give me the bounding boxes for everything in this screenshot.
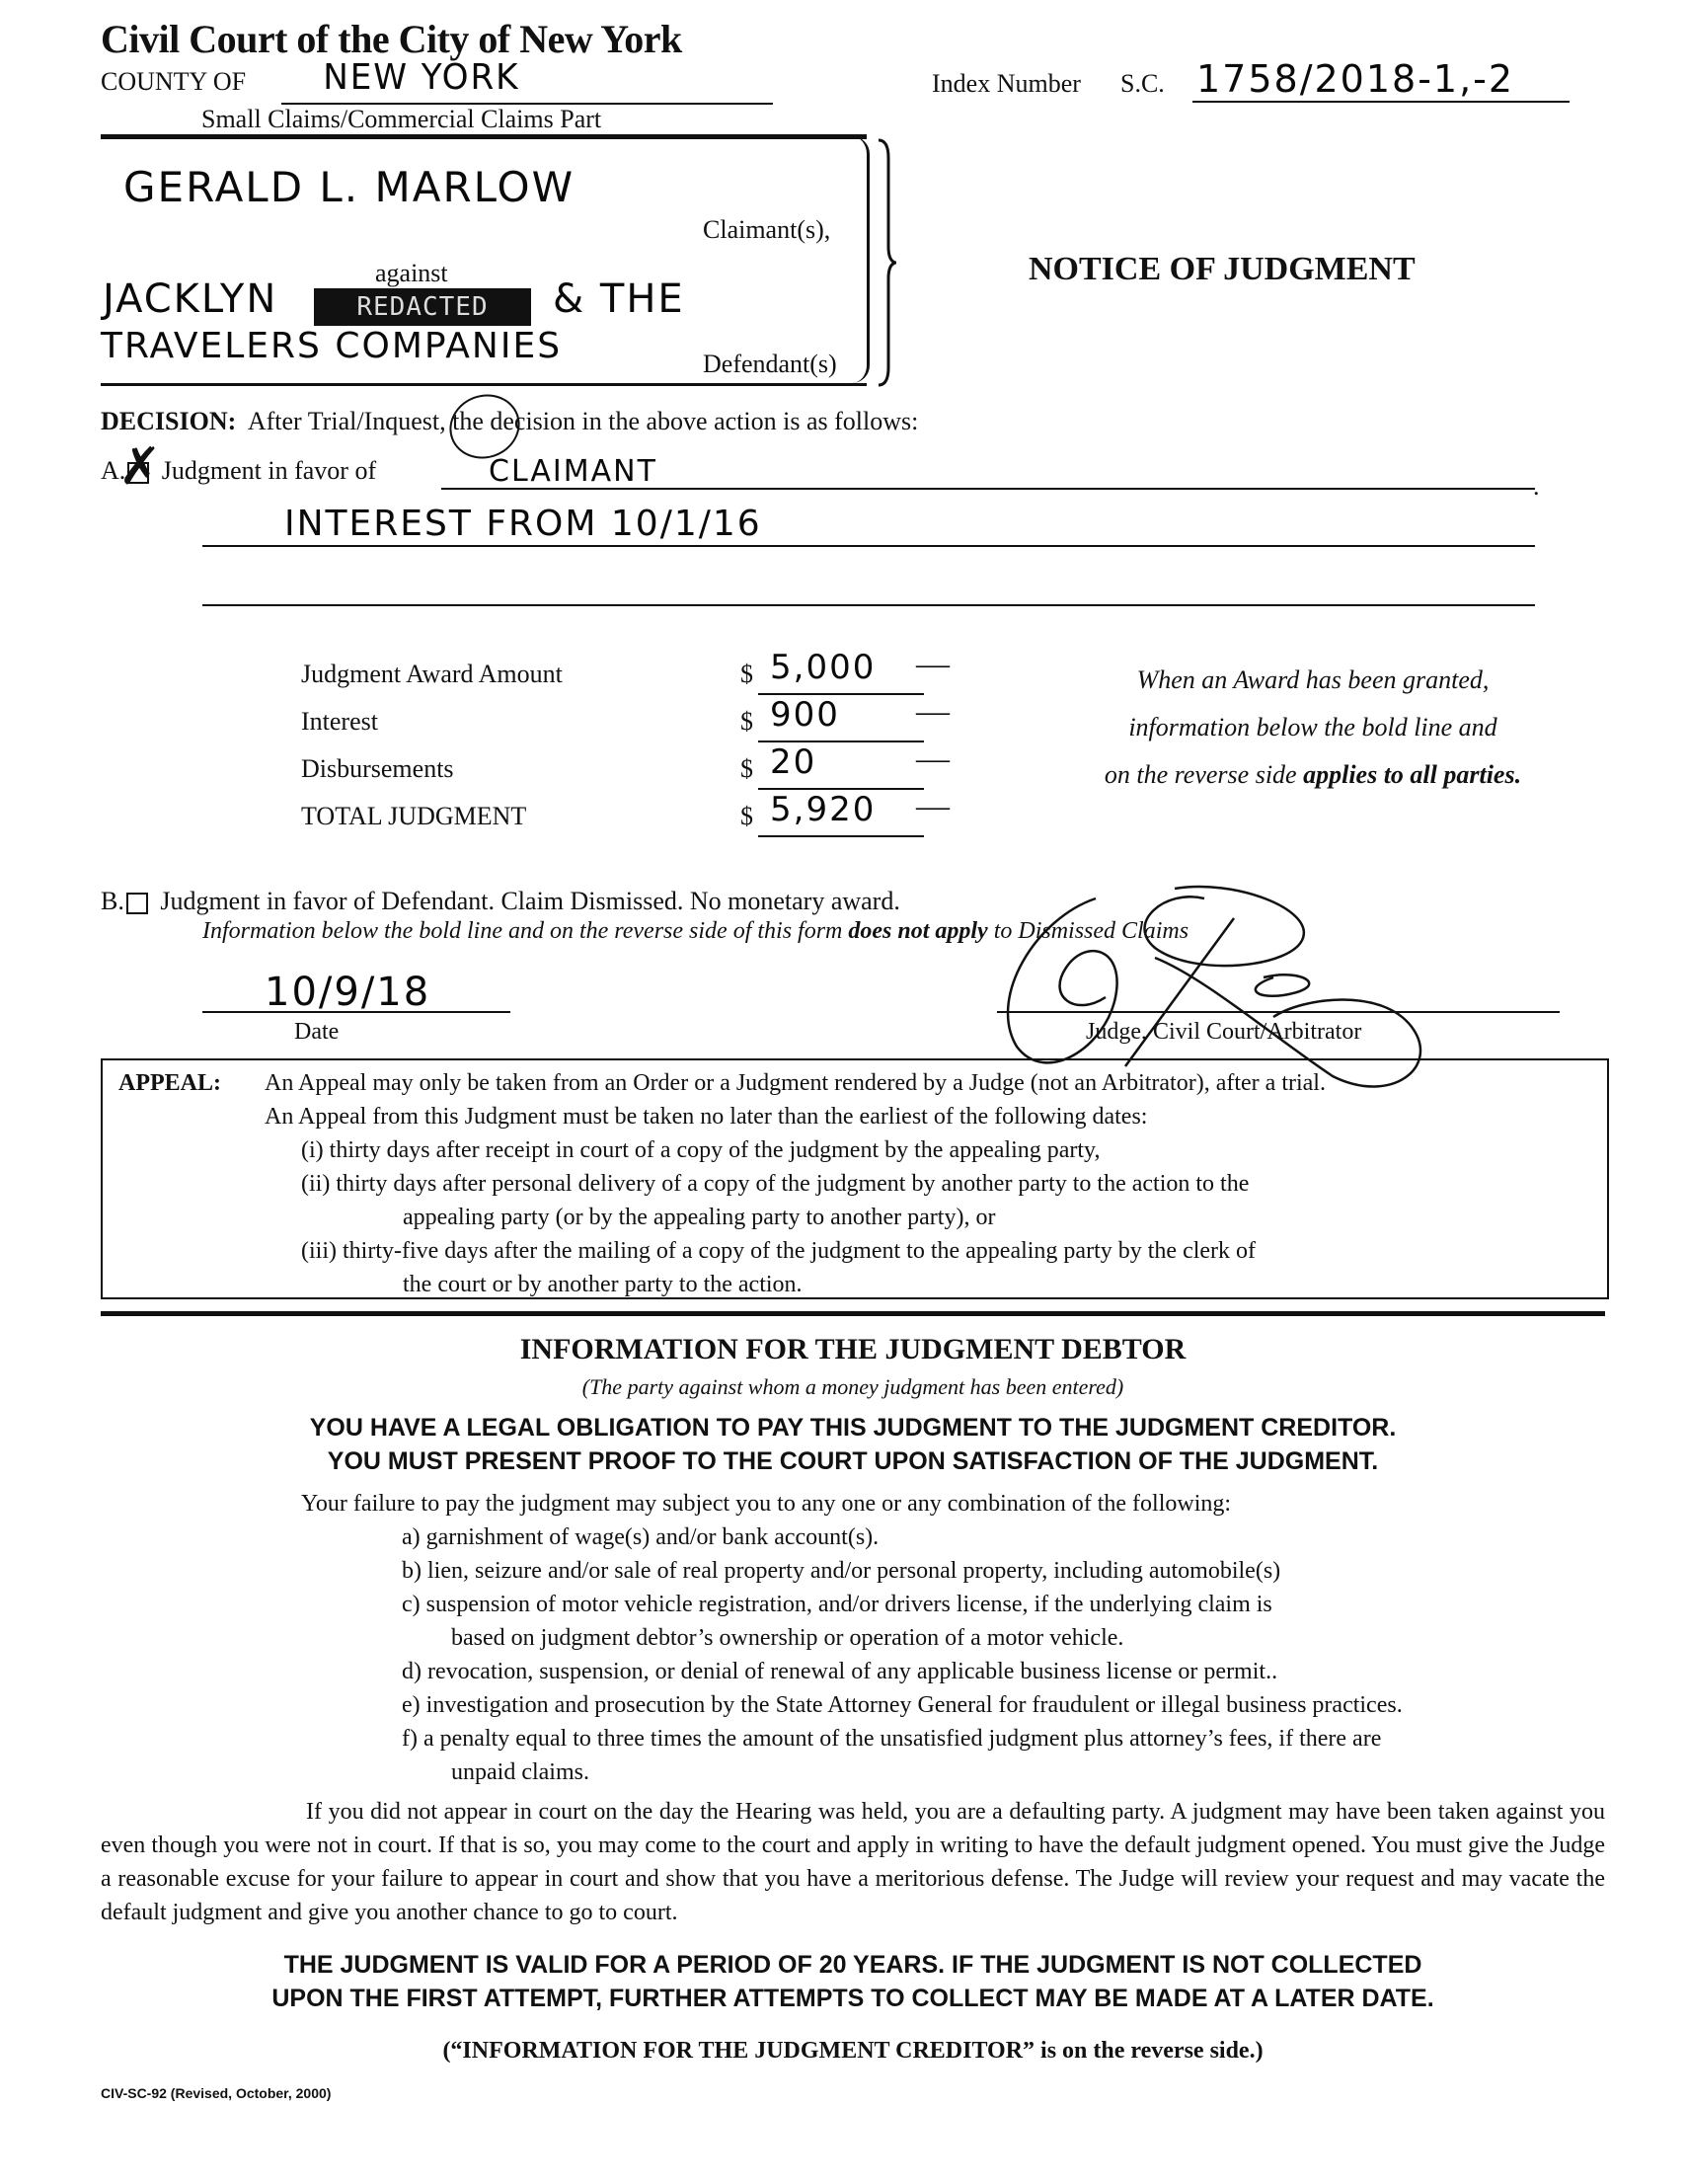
consequence-item: e) investigation and prosecution by the … <box>301 1688 1403 1722</box>
award-note-line-3a: on the reverse side <box>1105 760 1303 789</box>
award-note-line-3b: applies to all parties. <box>1303 760 1521 789</box>
consequences-intro: Your failure to pay the judgment may sub… <box>301 1487 1403 1521</box>
currency-symbol: $ <box>740 660 753 689</box>
dash-mark: — <box>916 788 950 825</box>
index-number-field[interactable]: 1758/2018-1,-2 <box>1196 57 1514 101</box>
currency-symbol: $ <box>740 802 753 831</box>
award-amount-field[interactable]: 5,000 <box>770 648 876 687</box>
debtor-info-title: INFORMATION FOR THE JUDGMENT DEBTOR <box>101 1333 1605 1366</box>
debtor-info-subtitle: (The party against whom a money judgment… <box>101 1374 1605 1400</box>
consequence-item: d) revocation, suspension, or denial of … <box>301 1655 1403 1688</box>
checkmark-x-icon: ✗ <box>118 442 162 494</box>
award-amount-field[interactable]: 20 <box>770 742 816 782</box>
option-a-text: Judgment in favor of <box>162 456 376 485</box>
date-field[interactable]: 10/9/18 <box>265 970 430 1015</box>
dash-mark: — <box>916 646 950 683</box>
decision-text-before: After Trial/ <box>248 407 364 435</box>
currency-symbol: $ <box>740 754 753 784</box>
validity-line-2: UPON THE FIRST ATTEMPT, FURTHER ATTEMPTS… <box>101 1985 1605 2013</box>
consequence-item: unpaid claims. <box>301 1755 1403 1789</box>
award-row-label: Judgment Award Amount <box>301 660 563 689</box>
consequence-item: based on judgment debtor’s ownership or … <box>301 1621 1403 1655</box>
brace-icon <box>877 138 896 387</box>
award-row-label: Disbursements <box>301 754 454 784</box>
award-note: When an Award has been granted, informat… <box>1046 657 1579 799</box>
consequence-item: b) lien, seizure and/or sale of real pro… <box>301 1554 1403 1588</box>
bold-divider <box>101 1311 1605 1316</box>
defendant-name-first[interactable]: JACKLYN <box>103 276 277 322</box>
appeal-label-text: APPEAL: <box>118 1070 221 1096</box>
county-label: COUNTY OF <box>101 67 246 97</box>
reverse-note-bold: (“INFORMATION FOR THE JUDGMENT CREDITOR” <box>442 2038 1035 2064</box>
currency-symbol: $ <box>740 707 753 737</box>
default-paragraph: If you did not appear in court on the da… <box>101 1795 1605 1929</box>
b-info-b: does not apply <box>848 918 987 944</box>
appeal-label: APPEAL: <box>118 1066 221 1100</box>
amount-line <box>758 835 924 837</box>
index-prefix: S.C. <box>1120 69 1165 99</box>
consequence-items: a) garnishment of wage(s) and/or bank ac… <box>301 1521 1403 1789</box>
proof-warning: YOU MUST PRESENT PROOF TO THE COURT UPON… <box>101 1447 1605 1476</box>
option-b-text: Judgment in favor of Defendant. Claim Di… <box>160 887 900 915</box>
dash-mark: — <box>916 741 950 778</box>
defendant-name-second[interactable]: TRAVELERS COMPANIES <box>101 326 562 366</box>
award-note-line-3: on the reverse side applies to all parti… <box>1046 751 1579 799</box>
appeal-item-3a: (iii) thirty-five days after the mailing… <box>301 1234 1256 1268</box>
legal-obligation-warning: YOU HAVE A LEGAL OBLIGATION TO PAY THIS … <box>101 1414 1605 1443</box>
appeal-item-1: (i) thirty days after receipt in court o… <box>301 1133 1101 1167</box>
award-amount-field[interactable]: 900 <box>770 695 840 735</box>
option-b-checkbox[interactable] <box>126 893 148 914</box>
claimant-label: Claimant(s), <box>703 215 830 245</box>
against-label: against <box>375 259 448 288</box>
appeal-item-2b: appealing party (or by the appealing par… <box>403 1201 995 1234</box>
award-note-line-1: When an Award has been granted, <box>1046 657 1579 704</box>
period: . <box>1533 472 1540 502</box>
consequences-list: Your failure to pay the judgment may sub… <box>301 1487 1403 1789</box>
appeal-item-2a: (ii) thirty days after personal delivery… <box>301 1167 1249 1201</box>
consequence-item: a) garnishment of wage(s) and/or bank ac… <box>301 1521 1403 1554</box>
redaction-bar: REDACTED <box>314 288 531 326</box>
claimant-name-field[interactable]: GERALD L. MARLOW <box>123 163 575 211</box>
court-title: Civil Court of the City of New York <box>101 16 682 62</box>
defendant-name-amp[interactable]: & THE <box>553 276 685 322</box>
defendant-label: Defendant(s) <box>703 350 837 379</box>
notice-title: NOTICE OF JUDGMENT <box>1029 251 1416 288</box>
part-label: Small Claims/Commercial Claims Part <box>201 105 601 134</box>
award-amount-field[interactable]: 5,920 <box>770 790 876 829</box>
validity-line-1: THE JUDGMENT IS VALID FOR A PERIOD OF 20… <box>101 1951 1605 1980</box>
form-id: CIV-SC-92 (Revised, October, 2000) <box>101 2085 331 2101</box>
reverse-side-note: (“INFORMATION FOR THE JUDGMENT CREDITOR”… <box>101 2038 1605 2065</box>
appeal-item-3b: the court or by another party to the act… <box>403 1268 803 1301</box>
default-paragraph-text: If you did not appear in court on the da… <box>101 1799 1605 1925</box>
option-b-row: B. Judgment in favor of Defendant. Claim… <box>101 887 900 916</box>
date-label: Date <box>294 1019 339 1046</box>
consequence-item: f) a penalty equal to three times the am… <box>301 1722 1403 1755</box>
award-row-label: TOTAL JUDGMENT <box>301 802 526 831</box>
option-b-prefix: B. <box>101 887 124 915</box>
index-number-label: Index Number <box>932 69 1081 99</box>
appeal-line-1: An Appeal may only be taken from an Orde… <box>265 1066 1326 1100</box>
award-row-label: Interest <box>301 707 378 737</box>
note-line-2 <box>202 604 1535 606</box>
award-note-line-2: information below the bold line and <box>1046 704 1579 751</box>
appeal-line-2: An Appeal from this Judgment must be tak… <box>265 1100 1147 1133</box>
inquest-option[interactable]: Inquest <box>364 407 440 435</box>
b-info-a: Information below the bold line and on t… <box>202 918 848 944</box>
index-field-line <box>1192 101 1570 103</box>
consequence-item: c) suspension of motor vehicle registrat… <box>301 1588 1403 1621</box>
decision-label: DECISION: <box>101 407 236 435</box>
judgment-note-field[interactable]: INTEREST FROM 10/1/16 <box>284 504 762 544</box>
reverse-note-rest: is on the reverse side.) <box>1035 2038 1264 2064</box>
dash-mark: — <box>916 693 950 731</box>
caption-bottom-rule <box>101 383 867 386</box>
note-line-1 <box>202 545 1535 547</box>
county-field[interactable]: NEW YORK <box>323 57 519 98</box>
favor-of-field[interactable]: CLAIMANT <box>489 454 657 489</box>
